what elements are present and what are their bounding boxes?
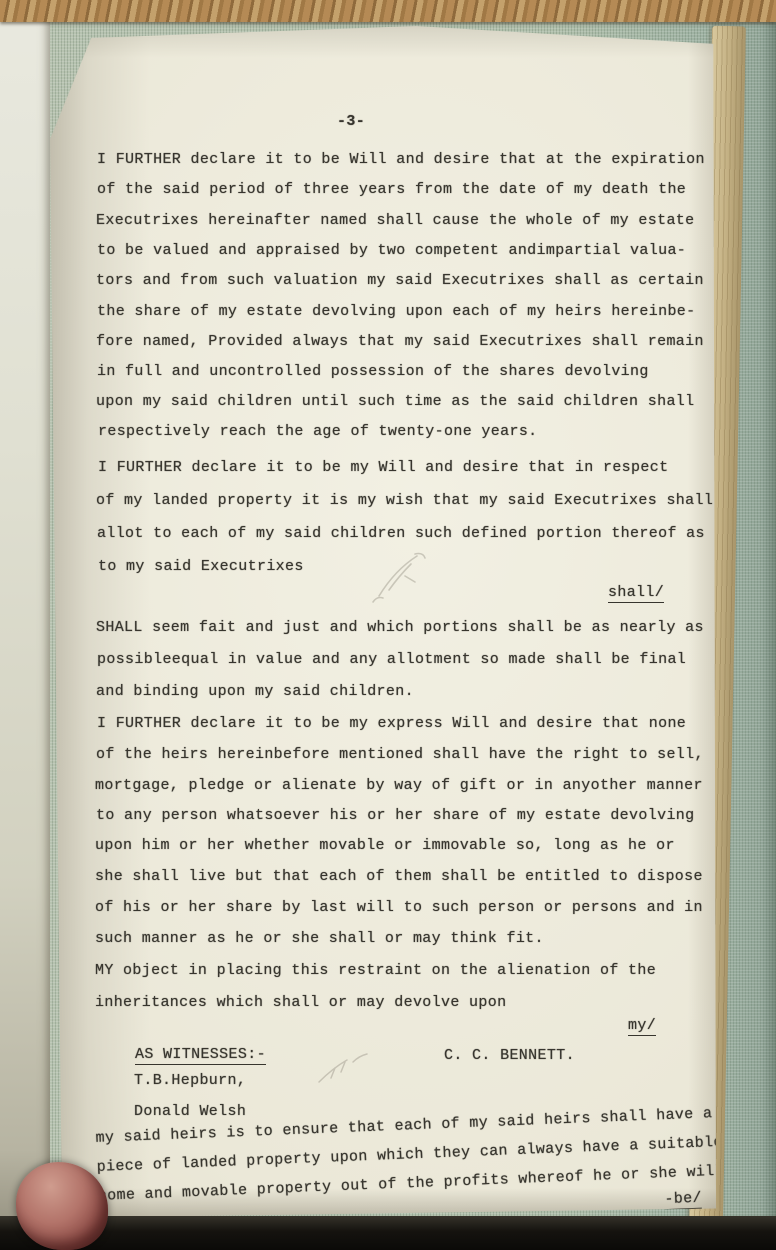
body-line: of the said period of three years from t… xyxy=(97,181,686,198)
catchword-shall-text: shall/ xyxy=(608,584,664,603)
witnesses-label-text: AS WITNESSES:- xyxy=(135,1046,266,1065)
photographed-will-page: -3- I FURTHER declare it to be Will and … xyxy=(0,0,776,1250)
body-line: I FURTHER declare it to be Will and desi… xyxy=(97,151,705,168)
body-line: Executrixes hereinafter named shall caus… xyxy=(96,212,695,229)
wood-table-edge xyxy=(0,0,776,22)
body-line: SHALL seem fait and just and which porti… xyxy=(96,619,704,636)
typewritten-page: -3- I FURTHER declare it to be Will and … xyxy=(50,26,716,1218)
body-line: tors and from such valuation my said Exe… xyxy=(96,272,704,289)
catchword-my: my/ xyxy=(628,1017,656,1034)
body-line: such manner as he or she shall or may th… xyxy=(95,930,544,947)
pencil-scribble-upper xyxy=(365,550,437,608)
page-number: -3- xyxy=(337,113,365,130)
body-line: the share of my estate devolving upon ea… xyxy=(97,303,696,320)
body-line: of my landed property it is my wish that… xyxy=(96,492,713,509)
witness-name: T.B.Hepburn, xyxy=(134,1072,246,1089)
catchword-shall: shall/ xyxy=(608,584,664,601)
body-line: inheritances which shall or may devolve … xyxy=(95,994,506,1011)
left-margin-surface xyxy=(0,0,50,1250)
body-line: I FURTHER declare it to be my express Wi… xyxy=(97,715,686,732)
catchword-be-text: -be/ xyxy=(664,1190,702,1210)
body-line: of his or her share by last will to such… xyxy=(95,899,703,916)
body-line: possibleequal in value and any allotment… xyxy=(97,651,686,668)
body-line: mortgage, pledge or alienate by way of g… xyxy=(95,777,703,794)
body-line: in full and uncontrolled possession of t… xyxy=(97,363,649,380)
body-line: to be valued and appraised by two compet… xyxy=(97,242,686,259)
witness-name: Donald Welsh xyxy=(134,1103,246,1120)
body-line: to my said Executrixes xyxy=(98,558,304,575)
catchword-my-text: my/ xyxy=(628,1017,656,1036)
pencil-scribble-lower xyxy=(313,1044,377,1090)
body-line: I FURTHER declare it to be my Will and d… xyxy=(98,459,668,476)
body-line: she shall live but that each of them sha… xyxy=(95,868,703,885)
testator-signature: C. C. BENNETT. xyxy=(444,1047,575,1064)
witnesses-label: AS WITNESSES:- xyxy=(135,1046,266,1063)
body-line: allot to each of my said children such d… xyxy=(97,525,705,542)
body-line: of the heirs hereinbefore mentioned shal… xyxy=(96,746,704,763)
body-line: and binding upon my said children. xyxy=(96,683,414,700)
body-line: fore named, Provided always that my said… xyxy=(96,333,704,350)
body-line: upon him or her whether movable or immov… xyxy=(95,837,675,854)
body-line: upon my said children until such time as… xyxy=(96,393,695,410)
body-line: to any person whatsoever his or her shar… xyxy=(96,807,695,824)
body-line: MY object in placing this restraint on t… xyxy=(95,962,656,979)
binder-edge-shadow xyxy=(762,16,776,1250)
table-shadow-strip xyxy=(0,1216,776,1250)
body-line: respectively reach the age of twenty-one… xyxy=(98,423,538,440)
